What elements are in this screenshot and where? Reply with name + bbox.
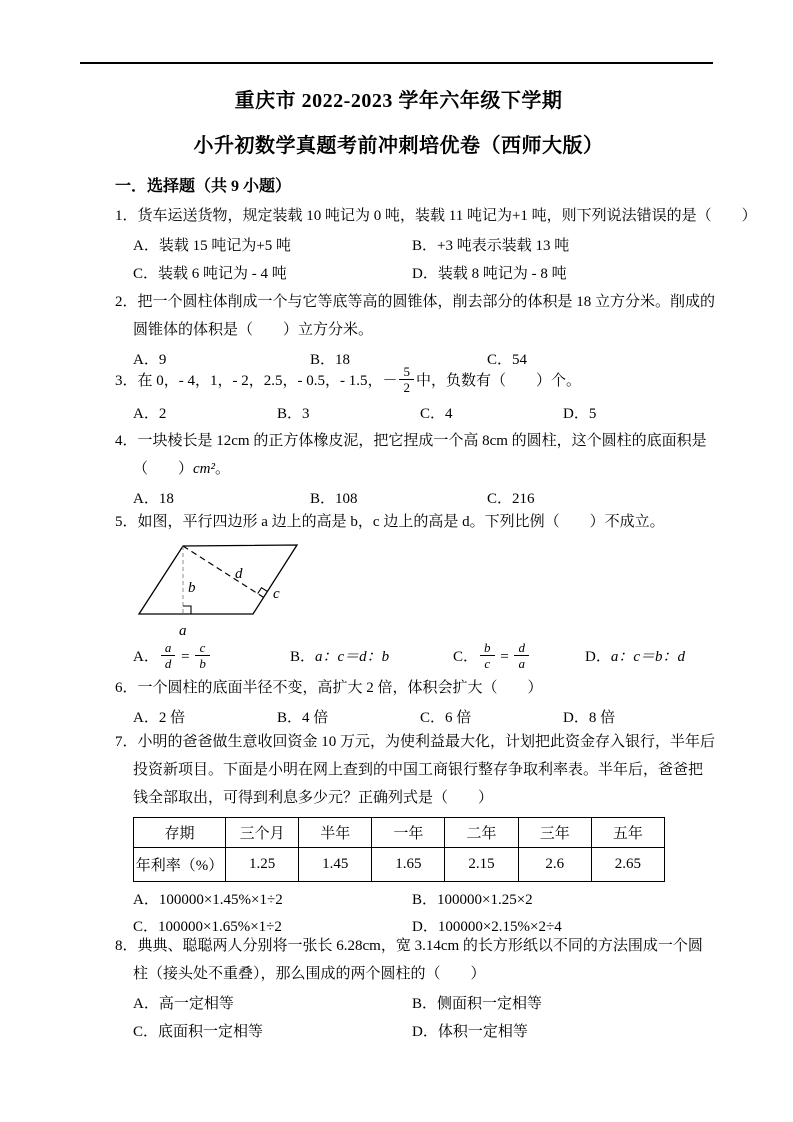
question-1: 1．货车运送货物，规定装载 10 吨记为 0 吨，装载 11 吨记为+1 吨，则… <box>115 202 682 288</box>
right-angle-marker-b <box>183 606 191 614</box>
option-a: A．ad = cb <box>133 640 290 674</box>
fraction: 52 <box>399 364 414 395</box>
question-stem-line-3: 钱全部取出，可得到利息多少元？正确列式是（ ） <box>133 784 682 812</box>
table-header-row: 存期 三个月 半年 一年 二年 三年 五年 <box>134 818 665 848</box>
rate-cell: 2.15 <box>445 848 518 882</box>
question-4: 4．一块棱长是 12cm 的正方体橡皮泥，把它捏成一个高 8cm 的圆柱，这个圆… <box>115 427 682 513</box>
table-row: 年利率（%） 1.25 1.45 1.65 2.15 2.6 2.65 <box>134 848 665 882</box>
rate-cell: 1.45 <box>299 848 372 882</box>
question-stem-line-2: 投资新项目。下面是小明在网上查到的中国工商银行整存争取利率表。半年后，爸爸把 <box>133 756 682 784</box>
question-3: 3．在 0，- 4，1，- 2，2.5，- 0.5，- 1.5，－52中，负数有… <box>115 364 682 428</box>
interest-rate-table: 存期 三个月 半年 一年 二年 三年 五年 年利率（%） 1.25 1.45 1… <box>133 817 665 882</box>
question-stem-line-2: 柱（接头处不重叠），那么围成的两个圆柱的（ ） <box>133 960 682 988</box>
rate-cell: 2.6 <box>518 848 591 882</box>
question-stem-line-2: （ ）cm²。 <box>133 455 682 483</box>
fraction: da <box>514 640 529 671</box>
page-subtitle: 小升初数学真题考前冲刺培优卷（西师大版） <box>115 131 682 161</box>
question-stem: 5．如图，平行四边形 a 边上的高是 b，c 边上的高是 d。下列比例（ ）不成… <box>115 508 682 536</box>
option-b: B．3 <box>277 400 420 428</box>
header-cell: 五年 <box>591 818 664 848</box>
option-a: A．2 <box>133 400 277 428</box>
exam-paper-page: 重庆市 2022-2023 学年六年级下学期 小升初数学真题考前冲刺培优卷（西师… <box>0 0 793 1122</box>
question-7: 7．小明的爸爸做生意收回资金 10 万元，为使利益最大化，计划把此资金存入银行，… <box>115 728 682 941</box>
parallelogram-figure: a b c d <box>135 540 682 638</box>
options-row: C．底面积一定相等 D．体积一定相等 <box>133 1018 682 1046</box>
header-cell: 三个月 <box>226 818 299 848</box>
option-a: A．高一定相等 <box>133 990 412 1018</box>
fraction: bc <box>480 640 495 671</box>
option-b: B．侧面积一定相等 <box>412 990 682 1018</box>
parallelogram-outline <box>139 545 297 614</box>
options-row: A．高一定相等 B．侧面积一定相等 <box>133 990 682 1018</box>
options-row: A．100000×1.45%×1÷2 B．100000×1.25×2 <box>133 887 682 914</box>
option-c: C．bc = da <box>453 640 585 674</box>
rate-cell: 2.65 <box>591 848 664 882</box>
question-stem-line-1: 4．一块棱长是 12cm 的正方体橡皮泥，把它捏成一个高 8cm 的圆柱，这个圆… <box>115 427 682 455</box>
rate-cell: 1.25 <box>226 848 299 882</box>
header-cell: 一年 <box>372 818 445 848</box>
question-6: 6．一个圆柱的底面半径不变，高扩大 2 倍，体积会扩大（ ） A．2 倍 B．4… <box>115 674 682 732</box>
question-stem-line-1: 7．小明的爸爸做生意收回资金 10 万元，为使利益最大化，计划把此资金存入银行，… <box>115 728 682 756</box>
section-heading: 一．选择题（共 9 小题） <box>115 175 682 199</box>
options-row: A．2 B．3 C．4 D．5 <box>133 400 682 428</box>
question-5: 5．如图，平行四边形 a 边上的高是 b，c 边上的高是 d。下列比例（ ）不成… <box>115 508 682 674</box>
question-stem: 1．货车运送货物，规定装载 10 吨记为 0 吨，装载 11 吨记为+1 吨，则… <box>115 202 682 230</box>
option-a: A．装载 15 吨记为+5 吨 <box>133 232 412 260</box>
header-rule <box>80 62 713 64</box>
option-c: C．底面积一定相等 <box>133 1018 412 1046</box>
options-row: C．装载 6 吨记为 - 4 吨 D．装载 8 吨记为 - 8 吨 <box>133 260 682 288</box>
option-d: D．5 <box>563 400 682 428</box>
option-a: A．100000×1.45%×1÷2 <box>133 887 412 914</box>
question-stem-line-2: 圆锥体的体积是（ ）立方分米。 <box>133 316 682 344</box>
fraction: cb <box>195 640 210 671</box>
question-stem-line-1: 8．典典、聪聪两人分别将一张长 6.28cm，宽 3.14cm 的长方形纸以不同… <box>115 932 682 960</box>
question-2: 2．把一个圆柱体削成一个与它等底等高的圆锥体，削去部分的体积是 18 立方分米。… <box>115 288 682 374</box>
option-b: B．a：c＝d：b <box>290 640 453 674</box>
options-row: A．装载 15 吨记为+5 吨 B．+3 吨表示装载 13 吨 <box>133 232 682 260</box>
side-a-label: a <box>179 623 187 638</box>
side-c-label: c <box>273 586 280 602</box>
parallelogram-svg: a b c d <box>135 540 345 638</box>
header-cell: 半年 <box>299 818 372 848</box>
page-title: 重庆市 2022-2023 学年六年级下学期 <box>115 86 682 116</box>
height-b-label: b <box>188 580 196 596</box>
question-stem: 3．在 0，- 4，1，- 2，2.5，- 0.5，- 1.5，－52中，负数有… <box>115 364 682 398</box>
fraction: ad <box>161 640 176 671</box>
option-c: C．装载 6 吨记为 - 4 吨 <box>133 260 412 288</box>
option-d: D．装载 8 吨记为 - 8 吨 <box>412 260 682 288</box>
height-d-label: d <box>235 566 243 582</box>
header-cell: 存期 <box>134 818 226 848</box>
header-cell: 二年 <box>445 818 518 848</box>
option-b: B．100000×1.25×2 <box>412 887 682 914</box>
rate-cell: 1.65 <box>372 848 445 882</box>
question-stem-line-1: 2．把一个圆柱体削成一个与它等底等高的圆锥体，削去部分的体积是 18 立方分米。… <box>115 288 682 316</box>
option-b: B．+3 吨表示装载 13 吨 <box>412 232 682 260</box>
option-d: D．a：c＝b：d <box>585 640 685 674</box>
header-cell: 三年 <box>518 818 591 848</box>
options-row: A．ad = cb B．a：c＝d：b C．bc = da D．a：c＝b：d <box>133 640 682 674</box>
unit-cm2: cm² <box>193 461 215 477</box>
question-stem: 6．一个圆柱的底面半径不变，高扩大 2 倍，体积会扩大（ ） <box>115 674 682 702</box>
option-d: D．体积一定相等 <box>412 1018 682 1046</box>
question-8: 8．典典、聪聪两人分别将一张长 6.28cm，宽 3.14cm 的长方形纸以不同… <box>115 932 682 1046</box>
option-c: C．4 <box>420 400 563 428</box>
row-label-cell: 年利率（%） <box>134 848 226 882</box>
